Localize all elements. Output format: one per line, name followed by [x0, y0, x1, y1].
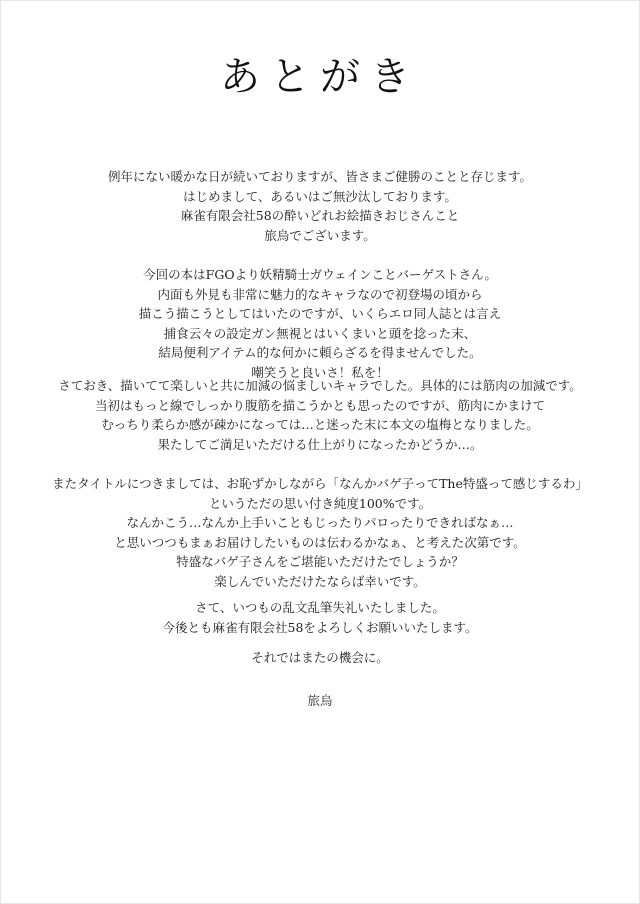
text-line: 結局便利アイテム的な何かに頼らざるを得ませんでした。: [1, 343, 639, 363]
text-line: 当初はもっと線でしっかり腹筋を描こうかとも思ったのですが、筋肉にかまけて: [1, 396, 639, 416]
text-line: 今回の本はFGOより妖精騎士ガウェインことバーゲストさん。: [1, 265, 639, 285]
text-line: それではまたの機会に。: [1, 648, 639, 668]
paragraph-greeting: 例年にない暖かな日が続いておりますが、皆さまご健勝のことと存じます。 はじめまし…: [1, 167, 639, 245]
paragraph-drawing-notes: さておき、描いてて楽しいと共に加減の悩ましいキャラでした。具体的には筋肉の加減で…: [1, 376, 639, 454]
text-line: 描こう描こうとしてはいたのですが、いくらエロ同人誌とは言え: [1, 304, 639, 324]
text-line: またタイトルにつきましては、お恥ずかしながら「なんかバゲ子ってThe特盛って感じ…: [1, 474, 639, 494]
paragraph-title-notes: またタイトルにつきましては、お恥ずかしながら「なんかバゲ子ってThe特盛って感じ…: [1, 474, 639, 591]
text-line: 今後とも麻雀有限会社58をよろしくお願いいたします。: [1, 618, 639, 638]
signature: 旅烏: [1, 691, 639, 711]
text-line: むっちり柔らか感が疎かになっては…と迷った末に本文の塩梅となりました。: [1, 415, 639, 435]
text-line: 麻雀有限会社58の酔いどれお絵描きおじさんこと: [1, 206, 639, 226]
text-line: さて、いつもの乱文乱筆失礼いたしました。: [1, 598, 639, 618]
text-line: と思いつつもまぁお届けしたいものは伝わるかなぁ、と考えた次第です。: [1, 533, 639, 553]
text-line: 特盛なバゲ子さんをご堪能いただけたでしょうか？: [1, 552, 639, 572]
text-line: 捕食云々の設定ガン無視とはいくまいと頭を捻った末、: [1, 324, 639, 344]
text-line: さておき、描いてて楽しいと共に加減の悩ましいキャラでした。具体的には筋肉の加減で…: [1, 376, 639, 396]
signature-text: 旅烏: [1, 691, 639, 711]
paragraph-about-book: 今回の本はFGOより妖精騎士ガウェインことバーゲストさん。 内面も外見も非常に魅…: [1, 265, 639, 382]
text-line: 内面も外見も非常に魅力的なキャラなので初登場の頃から: [1, 285, 639, 305]
paragraph-closing: さて、いつもの乱文乱筆失礼いたしました。 今後とも麻雀有限会社58をよろしくお願…: [1, 598, 639, 637]
afterword-page: あとがき 例年にない暖かな日が続いておりますが、皆さまご健勝のことと存じます。 …: [0, 0, 640, 904]
text-line: はじめまして、あるいはご無沙汰しております。: [1, 187, 639, 207]
text-line: 例年にない暖かな日が続いておりますが、皆さまご健勝のことと存じます。: [1, 167, 639, 187]
text-line: 旅烏でございます。: [1, 226, 639, 246]
page-title: あとがき: [1, 51, 639, 103]
text-line: なんかこう…なんか上手いこともじったりパロったりできればなぁ…: [1, 513, 639, 533]
paragraph-farewell: それではまたの機会に。: [1, 648, 639, 668]
text-line: というただの思い付き純度100%です。: [1, 494, 639, 514]
text-line: 果たしてご満足いただける仕上がりになったかどうか…。: [1, 435, 639, 455]
text-line: 楽しんでいただけたならば幸いです。: [1, 572, 639, 592]
